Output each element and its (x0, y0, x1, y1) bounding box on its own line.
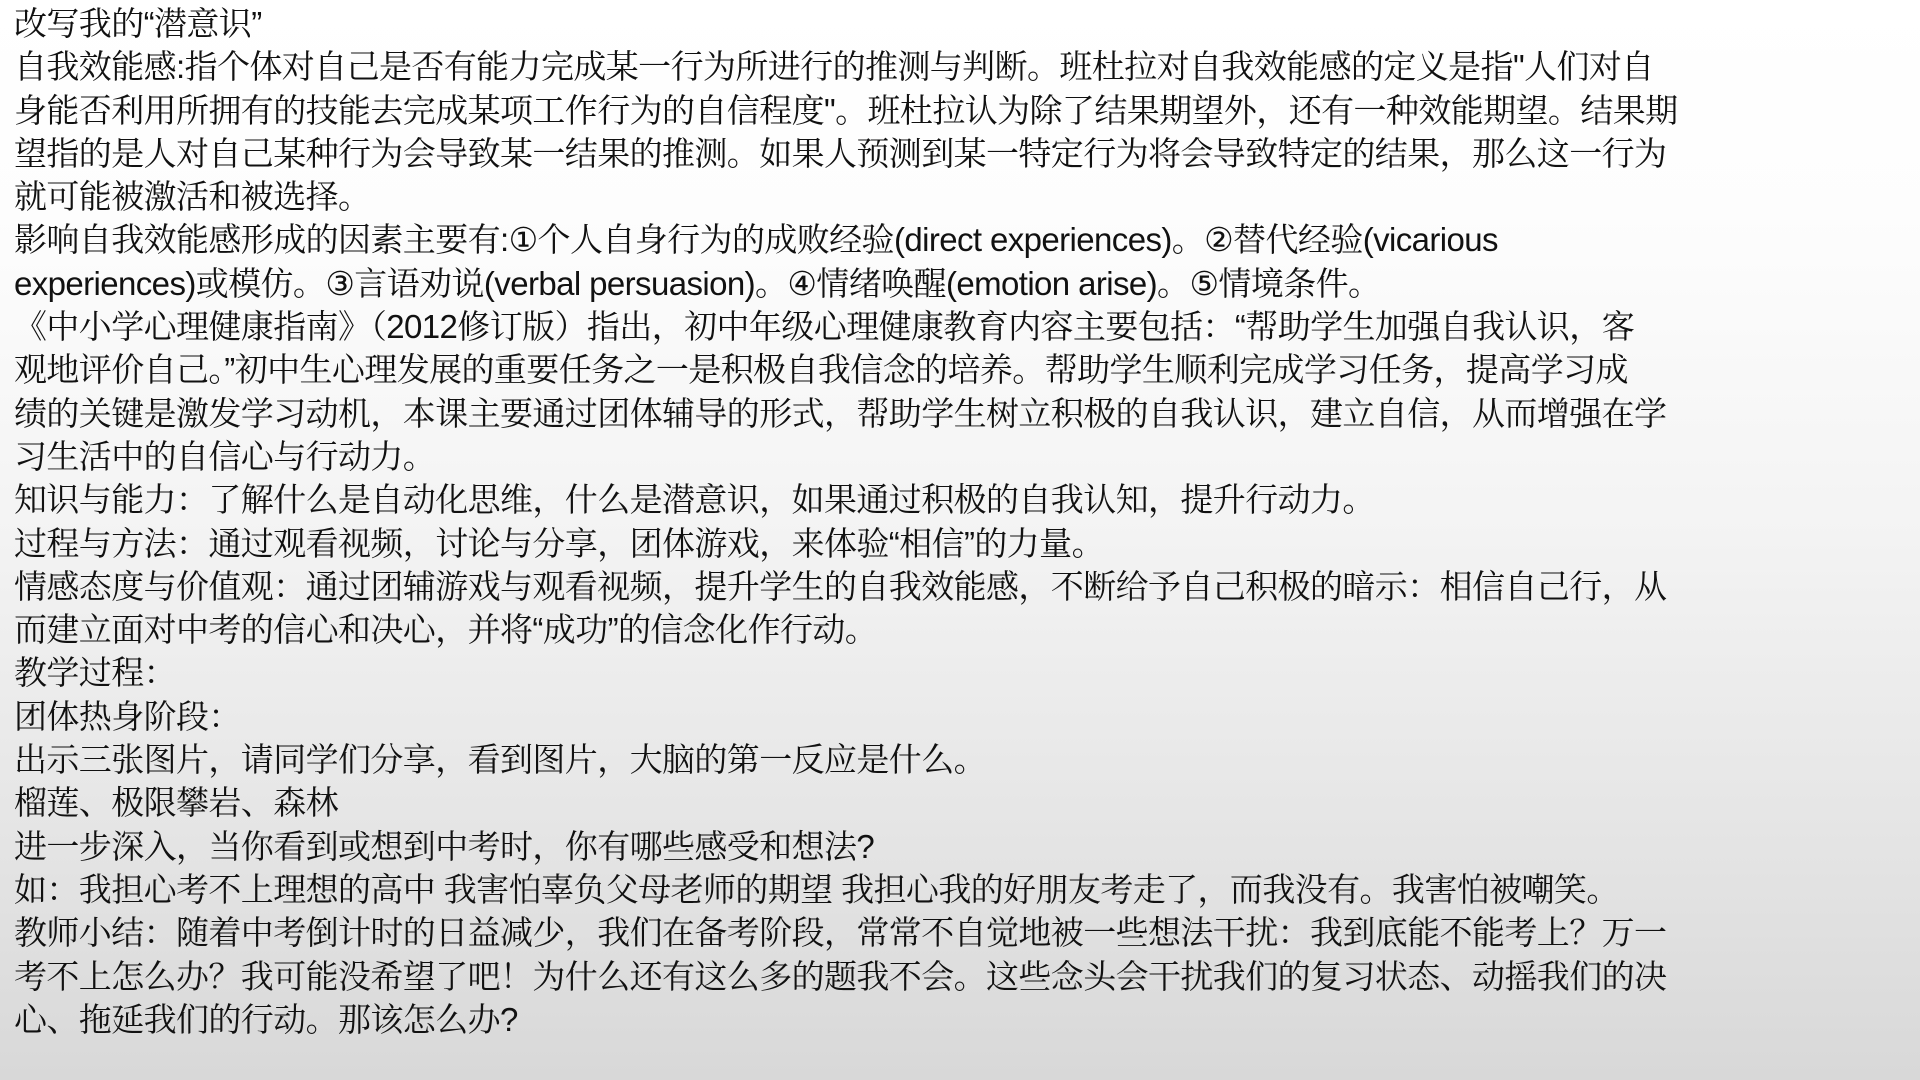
example-answers: 如：我担心考不上理想的高中 我害怕辜负父母老师的期望 我担心我的好朋友考走了，而… (14, 868, 1894, 911)
paragraph-self-efficacy-definition-line-2: 身能否利用所拥有的技能去完成某项工作行为的自信程度"。班杜拉认为除了结果期望外，… (14, 89, 1894, 132)
teacher-summary-line-1: 教师小结：随着中考倒计时的日益减少，我们在备考阶段，常常不自觉地被一些想法干扰：… (14, 911, 1894, 954)
deepening-question: 进一步深入，当你看到或想到中考时，你有哪些感受和想法? (14, 825, 1894, 868)
warmup-instruction: 出示三张图片，请同学们分享，看到图片，大脑的第一反应是什么。 (14, 738, 1894, 781)
heading-teaching-process: 教学过程： (14, 651, 1894, 694)
heading-warmup-stage: 团体热身阶段： (14, 695, 1894, 738)
objective-emotion-values-line-1: 情感态度与价值观：通过团辅游戏与观看视频，提升学生的自我效能感，不断给予自己积极… (14, 565, 1894, 608)
paragraph-influencing-factors-line-2: experiences)或模仿。③言语劝说(verbal persuasion)… (14, 262, 1894, 305)
objective-knowledge-ability: 知识与能力：了解什么是自动化思维，什么是潜意识，如果通过积极的自我认知，提升行动… (14, 478, 1894, 521)
paragraph-self-efficacy-definition-line-4: 就可能被激活和被选择。 (14, 175, 1894, 218)
paragraph-self-efficacy-definition-line-1: 自我效能感:指个体对自己是否有能力完成某一行为所进行的推测与判断。班杜拉对自我效… (14, 45, 1894, 88)
slide-text-block: 改写我的“潜意识” 自我效能感:指个体对自己是否有能力完成某一行为所进行的推测与… (14, 2, 1894, 1041)
slide: 改写我的“潜意识” 自我效能感:指个体对自己是否有能力完成某一行为所进行的推测与… (0, 0, 1920, 1080)
paragraph-guideline-line-3: 绩的关键是激发学习动机，本课主要通过团体辅导的形式，帮助学生树立积极的自我认识，… (14, 392, 1894, 435)
slide-title: 改写我的“潜意识” (14, 2, 1894, 45)
paragraph-influencing-factors-line-1: 影响自我效能感形成的因素主要有:①个人自身行为的成败经验(direct expe… (14, 218, 1894, 261)
paragraph-guideline-line-2: 观地评价自己。”初中生心理发展的重要任务之一是积极自我信念的培养。帮助学生顺利完… (14, 348, 1894, 391)
warmup-picture-list: 榴莲、极限攀岩、森林 (14, 781, 1894, 824)
teacher-summary-line-3: 心、拖延我们的行动。那该怎么办? (14, 998, 1894, 1041)
teacher-summary-line-2: 考不上怎么办？我可能没希望了吧！为什么还有这么多的题我不会。这些念头会干扰我们的… (14, 955, 1894, 998)
objective-process-method: 过程与方法：通过观看视频，讨论与分享，团体游戏，来体验“相信”的力量。 (14, 522, 1894, 565)
paragraph-self-efficacy-definition-line-3: 望指的是人对自己某种行为会导致某一结果的推测。如果人预测到某一特定行为将会导致特… (14, 132, 1894, 175)
paragraph-guideline-line-1: 《中小学心理健康指南》（2012修订版）指出，初中年级心理健康教育内容主要包括：… (14, 305, 1894, 348)
paragraph-guideline-line-4: 习生活中的自信心与行动力。 (14, 435, 1894, 478)
objective-emotion-values-line-2: 而建立面对中考的信心和决心，并将“成功”的信念化作行动。 (14, 608, 1894, 651)
